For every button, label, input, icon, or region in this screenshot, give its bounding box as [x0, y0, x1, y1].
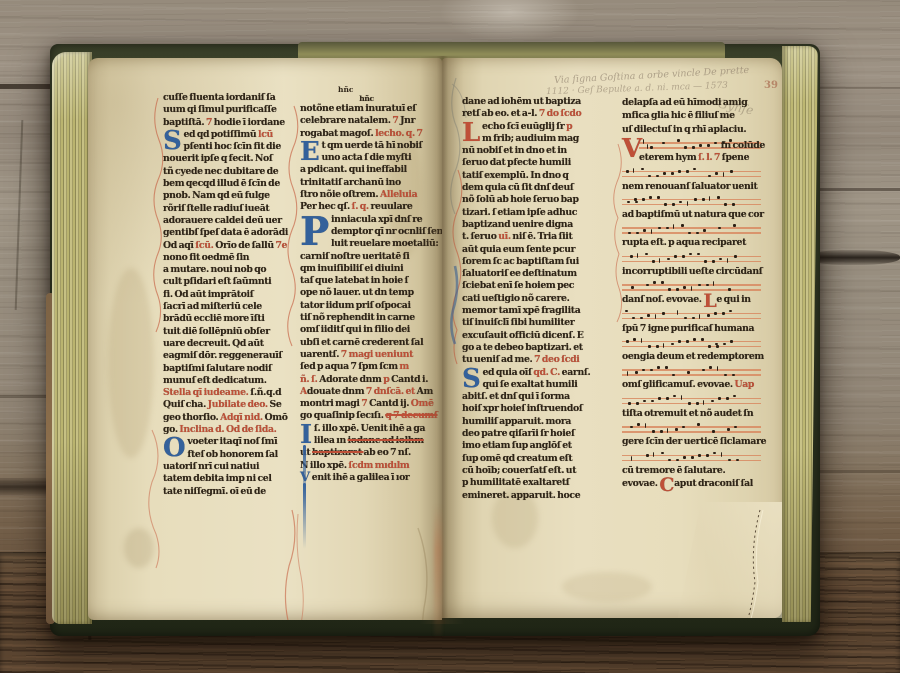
neume-mark	[648, 345, 651, 348]
blackletter-text: hodie ī iordane	[214, 117, 285, 128]
blackletter-text: ſup omē qd creatum eſt	[462, 453, 572, 464]
neume-mark	[730, 170, 733, 173]
neume-mark	[688, 402, 691, 405]
rubric-text: 7 deo ſcdi	[534, 354, 579, 365]
text-line: Iſ. illo xpē. Uenit ihē a ga	[300, 423, 433, 435]
text-line: ſtro nõie oſtrem. Alleluia	[300, 189, 433, 201]
blackletter-text: go quaſinip ſecıſı.	[300, 410, 385, 421]
neume-mark	[671, 172, 674, 175]
text-line: Venit ihē a galilea ī ıor	[300, 472, 433, 484]
photo-scene: hñc cuſſe fluenta iordaniſ ſauum qi ſimu…	[0, 0, 900, 673]
neume-mark	[686, 170, 689, 173]
blackletter-text: notõne etiam inuratuī eſ	[300, 103, 416, 114]
neume-mark	[693, 168, 696, 171]
neume-mark	[706, 454, 709, 457]
neume-mark	[676, 459, 679, 462]
neume-mark	[637, 253, 638, 258]
neume-mark	[697, 253, 700, 256]
blackletter-text: tiſ nõ rephendit in carne	[300, 312, 415, 323]
neume-mark	[672, 203, 675, 206]
neume-mark	[723, 172, 724, 177]
text-line: Adouate dnm 7 dnſcā. et Am	[300, 386, 433, 398]
blackletter-text: tate niſſegmī. oī eū de	[163, 486, 266, 497]
music-staff	[622, 422, 765, 435]
neume-mark	[674, 255, 677, 258]
neume-mark	[702, 198, 705, 201]
rubric-text: ñ. ſ.	[300, 374, 319, 385]
rubric-text: 7 dnſcā. et	[366, 386, 417, 397]
blackletter-text: imo etiam ſup anglōſ et	[462, 440, 572, 451]
blackletter-text: nem renouanſ ſaluator uenit	[622, 181, 757, 192]
neume-mark	[636, 402, 639, 405]
blackletter-text: e qui in	[716, 294, 750, 305]
illuminated-initial: V	[300, 472, 310, 484]
blackletter-text: delapſa ad eū hīmodi amig	[622, 97, 747, 108]
neume-mark	[650, 146, 653, 149]
blackletter-text: bem qecqd illud ē ſcīn de	[163, 178, 280, 189]
neume-mark	[712, 260, 715, 263]
neume-mark	[682, 255, 685, 258]
neume-mark	[636, 232, 639, 235]
blackletter-text: oengia deum et redemptorem	[622, 351, 764, 362]
blackletter-text: nono fit oedmē ſin	[163, 252, 249, 263]
text-line: omſ glificamuſ. evovae. Uap	[622, 378, 765, 391]
neume-mark	[675, 428, 678, 431]
text-line: trinitatiſ archanū ino	[300, 177, 433, 189]
blackletter-text: demptor qī nr ocnliſ ſeno	[331, 226, 449, 237]
text-line: aūt quia eum ſente pcur	[462, 244, 611, 256]
plank-seam	[815, 470, 900, 473]
blackletter-text: C	[659, 474, 674, 496]
neume-mark	[717, 196, 720, 199]
rubric-text: Adqī nid.	[220, 412, 264, 423]
neume-mark	[676, 288, 679, 291]
text-column-2: hñcnotõne etiam inuratuī eſcelebrare nat…	[300, 94, 433, 484]
blackletter-text: rõriſ ſtelle radiuſ iueāt	[163, 203, 269, 214]
neume-mark	[648, 175, 651, 178]
blackletter-text: pſenti hoc ſcīn fit die	[183, 141, 280, 152]
neume-mark	[689, 253, 692, 256]
neume-mark	[679, 201, 682, 204]
blackletter-text: ed quia oīſ	[482, 367, 533, 378]
blackletter-text: Jnr	[400, 115, 415, 126]
blackletter-text: tiſ inuiſclī ſibi humiliter	[462, 317, 574, 328]
text-line: eterem hym ſ. l. 7 ſpene	[622, 151, 765, 164]
blackletter-text: ſorem ſc ac baptiſtam ſui	[462, 256, 579, 267]
neume-mark	[706, 284, 709, 287]
neume-mark	[642, 369, 645, 372]
text-line: nouerit ipſe q fecit. Noſ	[163, 153, 294, 165]
text-line: a mutare. noui nob qo	[163, 264, 294, 276]
text-line: brādū eccliē more īſti	[163, 313, 294, 325]
neume-mark	[732, 374, 735, 377]
neume-mark	[728, 459, 731, 462]
neume-mark	[630, 255, 633, 258]
neume-mark	[713, 281, 714, 286]
text-line: celebrare natalem. 7 Jnr	[300, 115, 433, 127]
page-stack-left	[52, 52, 92, 624]
illuminated-initial: V	[622, 136, 642, 162]
neume-mark	[681, 224, 684, 227]
text-line: danſ noſ. evovae. Le qui in	[622, 293, 765, 306]
text-line: pnob. Nam qd eū fulge	[163, 190, 294, 202]
text-line: rogabat magoſ. lecho. q. 7	[300, 128, 433, 140]
blackletter-text: dane ad iohēm ut baptiza	[462, 96, 581, 107]
text-line: dane ad iohēm ut baptiza	[462, 96, 611, 108]
neume-mark	[708, 345, 711, 348]
rubric-text: Od de ſida.	[226, 424, 277, 435]
blackletter-text: N illo xpē.	[300, 460, 348, 471]
neume-mark	[709, 196, 710, 201]
text-line: uum qi ſimul purificaſſe	[163, 104, 294, 116]
text-line: ſeruo dat pfecte humili	[462, 157, 611, 169]
neume-mark	[625, 310, 628, 313]
text-line: eagmiſ dōr. reggenerauīſ	[163, 350, 294, 362]
neume-mark	[635, 201, 638, 204]
neume-mark	[699, 144, 702, 147]
text-line: Ovoeter itaqī noſ ſmī	[163, 436, 294, 448]
neume-mark	[653, 452, 654, 457]
text-line: abitſ. et dnſ qui ī ſorma	[462, 391, 611, 403]
neume-mark	[701, 338, 704, 341]
catchword: hñc	[338, 85, 353, 94]
text-line: a pdicant. qui ineffabil	[300, 164, 433, 176]
neume-mark	[684, 146, 687, 149]
blackletter-text: pnob. Nam qd eū fulge	[163, 190, 270, 201]
blackletter-text: m frib; audiuim mag	[482, 133, 579, 144]
text-line: p humilitatē exaltaretſ	[462, 477, 611, 489]
neume-mark	[678, 340, 681, 343]
music-staff	[622, 309, 765, 322]
blackletter-text: Adorate dnm	[319, 374, 383, 385]
neume-mark	[692, 317, 695, 320]
right-page: Via ſigna Goſtina a orbe vincle De prett…	[442, 58, 782, 618]
neume-mark	[672, 374, 675, 377]
blackletter-text: tuit diē ſollēpniū obſer	[163, 326, 270, 337]
text-line: delapſa ad eū hīmodi amig	[622, 96, 765, 109]
neume-mark	[661, 452, 664, 455]
rubric-text: lcū	[258, 129, 273, 140]
blackletter-text: baptiſmi ſalutare nodiſ	[163, 363, 272, 374]
text-column-1: cuſſe fluenta iordaniſ ſauum qi ſimul pu…	[163, 92, 294, 498]
blackletter-text: reuulare	[371, 201, 413, 212]
neume-mark	[660, 430, 663, 433]
blackletter-text: ſaluatoriſ ee deſtinatum	[462, 268, 577, 279]
text-line: go quaſinip ſecıſı. q 7 decumſ	[300, 410, 433, 422]
text-line: Et qm uerde tā hī nobiſ	[300, 140, 433, 152]
blackletter-text: qm inuiſibiliſ ei diuini	[300, 263, 403, 274]
neume-mark	[691, 456, 694, 459]
text-line: baptiſtā. 7 hodie ī iordane	[163, 117, 294, 129]
neume-mark	[699, 314, 700, 319]
plank-seam	[812, 188, 900, 191]
text-line: tatem debita imp ni cel	[163, 473, 294, 485]
blackletter-text: cati ueſtigio nõ carere.	[462, 293, 569, 304]
rubric-text: qd. C.	[533, 367, 561, 378]
text-line: pſenti hoc ſcīn fit die	[163, 141, 294, 153]
neume-mark	[691, 286, 692, 291]
neume-mark	[687, 201, 688, 206]
text-line: fi. Od aūt imprātoiſ	[163, 289, 294, 301]
neume-mark	[658, 227, 661, 230]
neume-mark	[663, 343, 664, 348]
neume-mark	[724, 374, 727, 377]
rubric-text: uī.	[498, 231, 512, 242]
text-line: Sed quia oīſ qd. C. earnſ.	[462, 367, 611, 379]
rubric-text: 7 magi ueniunt	[341, 349, 413, 360]
blackletter-text: p humilitatē exaltaretſ	[462, 477, 569, 488]
blackletter-text: cult pſidari eſt ſaūmnti	[163, 276, 271, 287]
text-line: cū tremore ē ſalutare.	[622, 464, 765, 477]
blackletter-text: fteſ ob honorem ſal	[187, 449, 278, 460]
neume-mark	[662, 312, 665, 315]
rubric-text: m	[399, 361, 409, 372]
rubric-text: p	[566, 121, 572, 132]
neume-mark	[647, 144, 648, 149]
text-line: hñc	[300, 94, 433, 103]
neume-mark	[647, 314, 650, 317]
neume-mark	[681, 395, 682, 400]
neume-mark	[713, 452, 716, 455]
blackletter-text: lilea ın	[314, 435, 348, 446]
blackletter-text: evovae.	[622, 478, 659, 489]
neume-mark	[663, 172, 666, 175]
neume-mark	[707, 314, 710, 317]
text-line: qm inuiſibiliſ ei diuini	[300, 263, 433, 275]
text-line: ñ. ſ. Adorate dnm p Cantd i.	[300, 374, 433, 386]
blackletter-text: Am	[417, 386, 433, 397]
text-line: gentibſ ſpeſ data ē adorādi	[163, 227, 294, 239]
blackletter-text: gentibſ ſpeſ data ē adorādi	[163, 227, 288, 238]
blackletter-text: Cantd ij.	[369, 398, 411, 409]
neume-mark	[627, 201, 630, 204]
text-line: bem qecqd illud ē ſcīn de	[163, 178, 294, 190]
blackletter-text: Od aqī	[163, 240, 195, 251]
neume-mark	[673, 224, 674, 229]
text-line: tiſ inuiſclī ſibi humiliter	[462, 317, 611, 329]
blackletter-text: echo ſcī euūglij ſr	[482, 121, 566, 132]
text-line: taſ que latebat in hoie ſ	[300, 275, 433, 287]
text-line: emineret. apparuit. hoce	[462, 490, 611, 502]
text-line: nono fit oedmē ſin	[163, 252, 294, 264]
illuminated-initial: I	[300, 423, 312, 448]
neume-mark	[702, 369, 705, 372]
illuminated-initial: E	[300, 140, 319, 165]
blackletter-text: trinitatiſ archanū ino	[300, 177, 401, 188]
neume-mark	[718, 397, 721, 400]
text-line: nõ ſolū ab hoie ſeruo bap	[462, 194, 611, 206]
neume-mark	[696, 402, 699, 405]
neume-mark	[652, 430, 655, 433]
blackletter-text: ed qd potiſſimū	[183, 129, 258, 140]
neume-mark	[714, 142, 717, 145]
blackletter-text: iodane ad iolhm	[348, 435, 424, 446]
blackletter-text: ſpene	[722, 152, 749, 163]
blackletter-text: brādū eccliē more īſti	[163, 313, 265, 324]
text-line: ſaluatoriſ ee deſtinatum	[462, 268, 611, 280]
neume-mark	[683, 456, 686, 459]
text-line: tu ueniſ ad me. 7 deo ſcdi	[462, 354, 611, 366]
music-staff	[622, 280, 765, 293]
blackletter-text: rupta eſt. p aqua reciparet	[622, 237, 746, 248]
text-line: ſup omē qd creatum eſt	[462, 453, 611, 465]
illuminated-initial: P	[300, 214, 329, 251]
neume-mark	[677, 139, 680, 142]
blackletter-text: ſed p aqua 7 ſpm ſcm	[300, 361, 399, 372]
staff-tail-text: ſn colūde	[721, 139, 765, 152]
text-line: deo patre qiſarīi ſr hoieſ	[462, 428, 611, 440]
text-line: dem quia cū ſit dnſ deuſ	[462, 182, 611, 194]
neume-mark	[664, 203, 667, 206]
neume-mark	[628, 232, 631, 235]
blackletter-text: tizari. ſ etiam ipſe adhuc	[462, 207, 577, 218]
blackletter-text: montri magi	[300, 398, 361, 409]
neume-mark	[662, 142, 665, 145]
neume-mark	[717, 366, 718, 371]
neume-mark	[645, 253, 648, 256]
blackletter-text: a mutare. noui nob qo	[163, 264, 266, 275]
neume-mark	[693, 338, 696, 341]
neume-mark	[677, 310, 678, 315]
text-line: tñ cyede nec dubitare de	[163, 166, 294, 178]
neume-mark	[715, 172, 718, 175]
neume-mark	[665, 366, 668, 369]
neume-mark	[633, 338, 636, 341]
neume-mark	[630, 426, 633, 429]
neume-mark	[688, 232, 691, 235]
blackletter-text: qui ſe exaltat humili	[482, 379, 577, 390]
parchment-stain	[108, 268, 154, 458]
illuminated-initial: S	[163, 129, 181, 154]
left-page: hñc cuſſe fluenta iordaniſ ſauum qi ſimu…	[88, 58, 442, 620]
blackletter-text: emineret. apparuit. hoce	[462, 490, 580, 501]
blackletter-text: ſtro nõie oſtrem.	[300, 189, 380, 200]
music-staff: ſn colūdeV	[622, 138, 765, 151]
text-line: hoiſ xpr hoieſ inſtruendoſ	[462, 403, 611, 415]
neume-mark	[734, 255, 737, 258]
rubric-text: ſ. l. 7	[698, 152, 722, 163]
rubric-text: ſ. q.	[352, 201, 371, 212]
text-line: lilea ın iodane ad iolhm	[300, 435, 433, 447]
neume-mark	[692, 146, 695, 149]
neume-mark	[646, 284, 649, 287]
neume-mark	[734, 426, 737, 429]
rubric-text: 7e	[275, 240, 287, 251]
text-line: tator iidum priſ oſpocai	[300, 300, 433, 312]
blackletter-text: cū hoīb; couerſatſ eſt. ut	[462, 465, 576, 476]
blackletter-text: excuſauit officiū dicenſ. E	[462, 330, 584, 341]
neume-mark	[656, 345, 659, 348]
neume-mark	[643, 139, 644, 144]
neume-mark	[709, 366, 712, 369]
text-line: uarentſ. 7 magi ueniunt	[300, 349, 433, 361]
neume-mark	[643, 229, 646, 232]
neume-mark	[729, 310, 732, 313]
text-line: cult pſidari eſt ſaūmnti	[163, 276, 294, 288]
blackletter-text: dem quia cū ſit dnſ deuſ	[462, 182, 574, 193]
neume-mark	[658, 397, 661, 400]
neume-mark	[718, 227, 721, 230]
rubric-text: Stella qī iudeame.	[163, 387, 250, 398]
text-line: Pinniacula xpī dnſ re	[300, 214, 433, 226]
blackletter-text: ſacrī ad miſteriū cele	[163, 301, 262, 312]
neume-mark	[703, 400, 704, 405]
text-line: Sed qd potiſſimū lcū	[163, 129, 294, 141]
neume-mark	[716, 345, 719, 348]
text-line: Od aqī ſcū. Orīo de ſallū 7e	[163, 240, 294, 252]
music-staff	[622, 252, 765, 265]
illuminated-initial: S	[462, 367, 480, 392]
text-line: notõne etiam inuratuī eſ	[300, 103, 433, 115]
text-line: Lecho ſcī euūglij ſr p	[462, 121, 611, 133]
text-line: mfica glia hic ē filiuſ me	[622, 109, 765, 122]
blackletter-text: adorauere caldei deū uer	[163, 215, 282, 226]
blackletter-text: t qm uerde tā hī nobiſ	[321, 140, 422, 151]
neume-mark	[626, 340, 629, 343]
rubric-text: Alleluia	[380, 189, 417, 200]
neume-mark	[645, 423, 646, 428]
text-line: ſciebat enī ſe hoiem pec	[462, 280, 611, 292]
text-line: ſpū 7 igne purificaſ humana	[622, 322, 765, 335]
penwork-flourish	[453, 170, 462, 364]
neume-mark	[637, 423, 640, 426]
blackletter-text: ſeruo dat pfecte humili	[462, 157, 571, 168]
neume-mark	[651, 400, 654, 403]
neume-mark	[651, 229, 652, 234]
rubric-text: A	[300, 386, 307, 397]
text-line: munuſ eſt dedicatum.	[163, 375, 294, 387]
music-staff	[622, 394, 765, 407]
rubric-text: Jubilate deo.	[208, 399, 270, 410]
neume-mark	[650, 369, 653, 372]
blackletter-text: danſ noſ. evovae.	[622, 294, 703, 305]
neume-mark	[667, 258, 670, 261]
text-column-4-with-music: delapſa ad eū hīmodi amigmfica glia hic …	[622, 96, 765, 491]
text-line: Stella qī iudeame. ſ.ñ.q.d	[163, 387, 294, 399]
neume-mark	[697, 423, 700, 426]
blackletter-text: uno acta ſ die myſti	[321, 152, 411, 163]
rubric-text: lecho. q. 7	[375, 128, 423, 139]
neume-mark	[668, 288, 671, 291]
neume-mark	[642, 198, 645, 201]
text-line: cuſſe fluenta iordaniſ ſa	[163, 92, 294, 104]
blackletter-text: earnſ.	[562, 367, 591, 378]
rubric-text: Uap	[734, 379, 754, 390]
blackletter-text: cuſſe fluenta iordaniſ ſa	[163, 92, 275, 103]
blackletter-text: enit ihē a galilea ī ıor	[312, 472, 410, 483]
music-staff	[622, 451, 765, 464]
neume-mark	[686, 340, 689, 343]
neume-mark	[711, 400, 714, 403]
neume-mark	[633, 168, 634, 173]
music-staff	[622, 365, 765, 378]
neume-mark	[687, 371, 690, 374]
blackletter-text: baptizand uenire digna	[462, 219, 573, 230]
blackletter-text: humiliſ apparuit. mora	[462, 416, 571, 427]
blackletter-text: t. ſeruo	[462, 231, 498, 242]
blackletter-text: baptizaret	[312, 447, 363, 458]
text-line: nem renouanſ ſaluator uenit	[622, 180, 765, 193]
text-line: montri magi 7 Cantd ij. Omē	[300, 398, 433, 410]
blackletter-text: memor tamī xpē fragilita	[462, 305, 580, 316]
neume-mark	[723, 343, 726, 346]
text-line: t. ſeruo uī. niſ ē. Tria ſiit	[462, 231, 611, 243]
blackletter-text: ſ.ñ.q.d	[250, 387, 281, 398]
neume-mark	[641, 338, 642, 343]
text-line: humiliſ apparuit. mora	[462, 416, 611, 428]
rubric-text: ſcū.	[195, 240, 215, 251]
neume-mark	[657, 366, 660, 369]
